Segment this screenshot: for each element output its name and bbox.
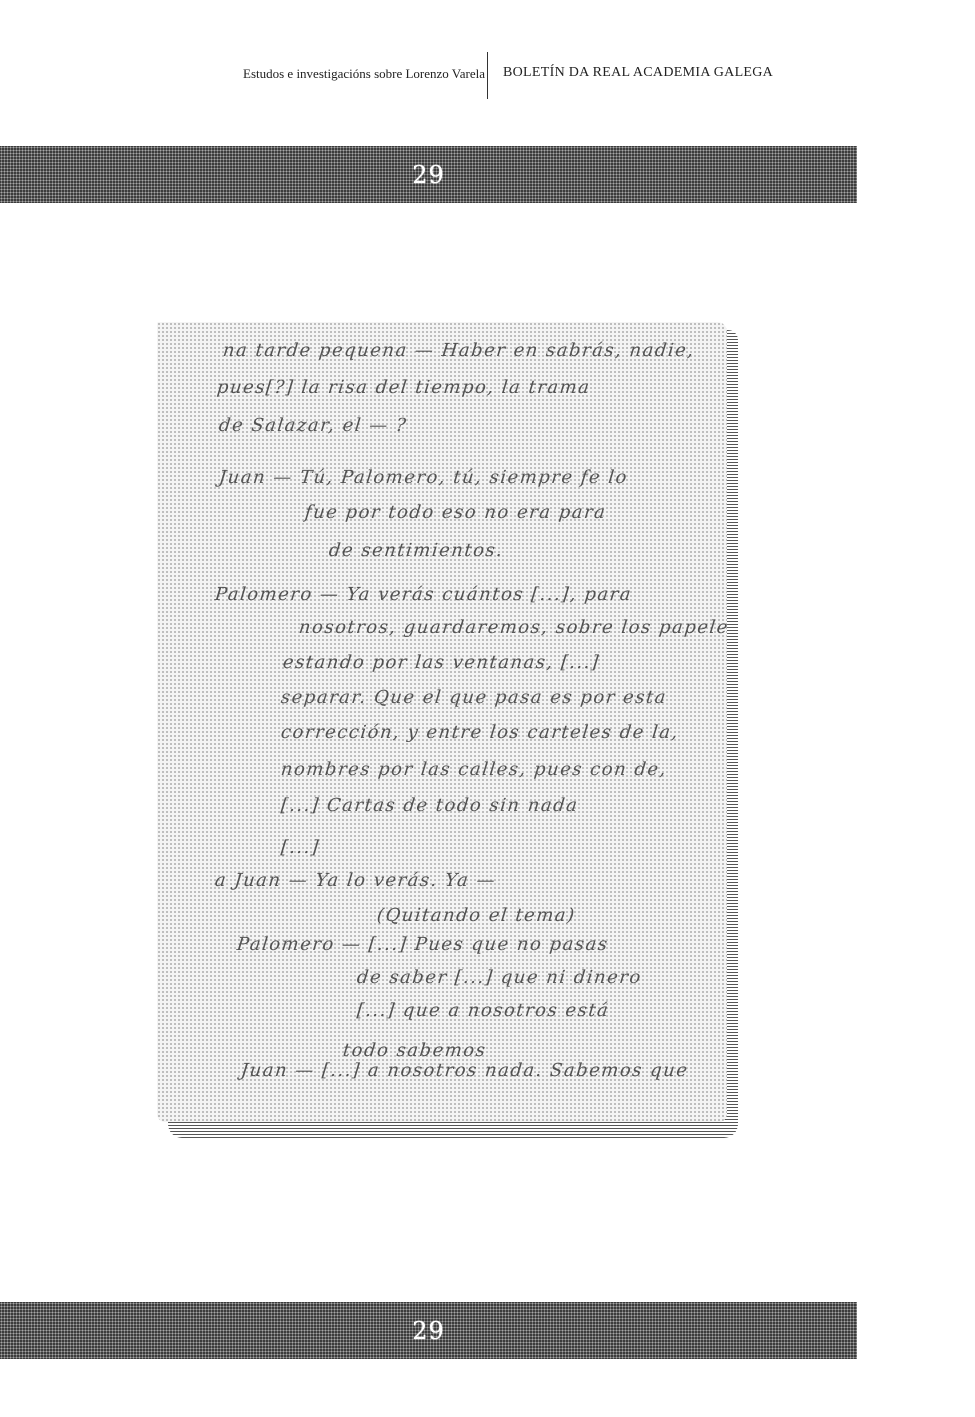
- manuscript-line: fue por todo eso no era para: [304, 502, 608, 523]
- manuscript-line: [...] Cartas de todo sin nada: [280, 795, 580, 816]
- manuscript-line: todo sabemos: [342, 1040, 488, 1061]
- running-head: Estudos e investigacións sobre Lorenzo V…: [0, 52, 975, 100]
- manuscript-line: separar. Que el que pasa es por esta: [280, 687, 668, 708]
- manuscript-line: nosotros, guardaremos, sobre los papeles: [298, 617, 727, 638]
- manuscript-line: Juan — [...] a nosotros nada. Sabemos qu…: [240, 1060, 690, 1081]
- running-head-right: BOLETÍN DA REAL ACADEMIA GALEGA: [503, 65, 773, 81]
- manuscript-line: [...]: [280, 837, 321, 858]
- running-head-left: Estudos e investigacións sobre Lorenzo V…: [243, 66, 485, 82]
- manuscript-image: na tarde pequena — Haber en sabrás, nadi…: [157, 322, 727, 1122]
- page-number-bottom: 29: [412, 1317, 445, 1345]
- manuscript-line: Palomero — Ya verás cuántos [...], para: [214, 584, 633, 605]
- manuscript-line: [...] que a nosotros está: [356, 1000, 611, 1021]
- manuscript-line: de sentimientos.: [328, 540, 505, 561]
- manuscript-line: corrección, y entre los carteles de la,: [280, 722, 680, 743]
- manuscript-line: estando por las ventanas, [...]: [282, 652, 601, 673]
- manuscript-line: (Quitando el tema): [376, 905, 577, 926]
- page-number-band-bottom: 29: [0, 1302, 857, 1359]
- manuscript-line: Juan — Tú, Palomero, tú, siempre fe lo: [218, 467, 629, 488]
- manuscript-line: a Juan — Ya lo verás. Ya —: [214, 870, 497, 891]
- manuscript-line: pues[?] la risa del tiempo, la trama: [216, 377, 592, 398]
- manuscript-line: nombres por las calles, pues con de,: [280, 759, 668, 780]
- manuscript-line: de Salazar, el — ?: [218, 415, 408, 436]
- page-number-top: 29: [412, 161, 445, 189]
- page-number-band-top: 29: [0, 146, 857, 203]
- manuscript-line: Palomero — [...] Pues que no pasas: [236, 934, 610, 955]
- manuscript-line: na tarde pequena — Haber en sabrás, nadi…: [222, 340, 696, 361]
- manuscript-line: de saber [...] que ni dinero: [356, 967, 643, 988]
- running-head-divider: [487, 52, 488, 99]
